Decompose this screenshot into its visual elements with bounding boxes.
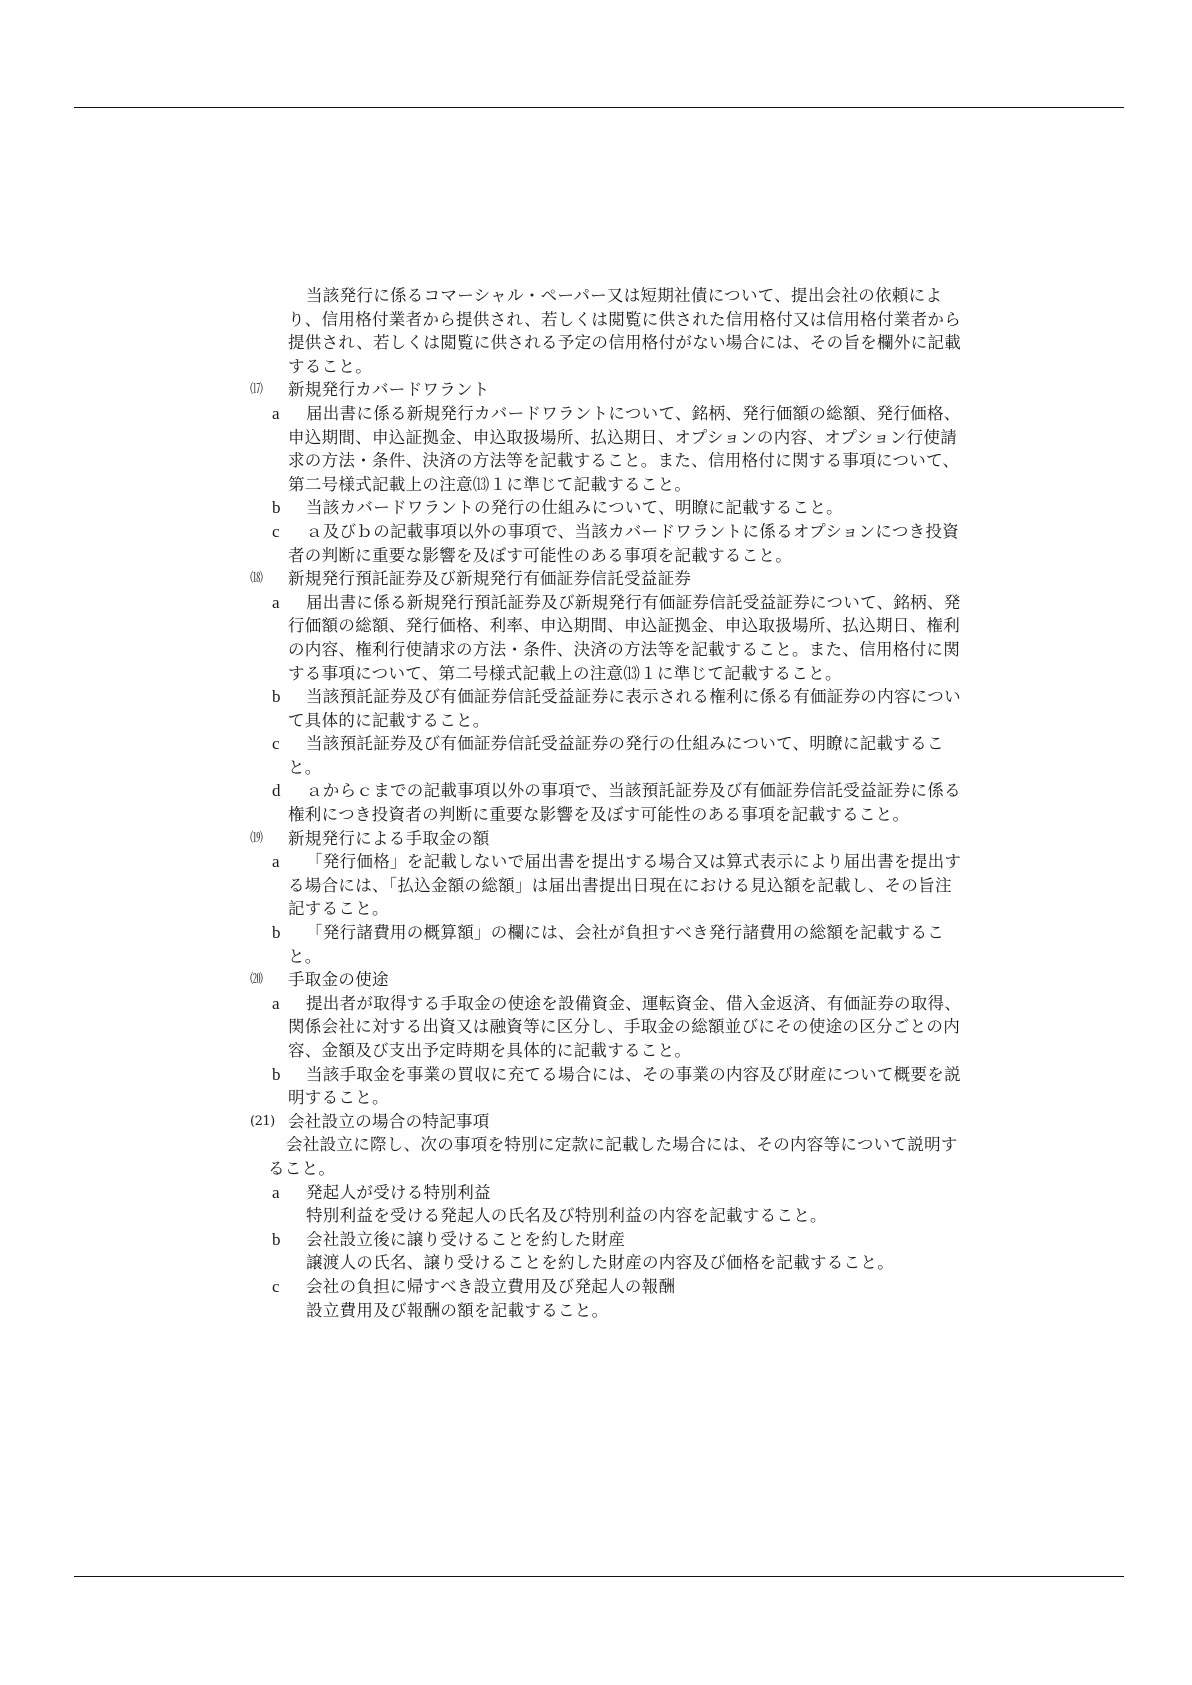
header-rule: [74, 107, 1124, 108]
section-number: (21): [250, 1110, 288, 1134]
list-item: a 提出者が取得する手取金の使途を設備資金、運転資金、借入金返済、有価証券の取得…: [250, 992, 962, 1063]
item-letter: b: [272, 1228, 288, 1252]
list-item: b 当該預託証券及び有価証券信託受益証券に表示される権利に係る有価証券の内容につ…: [250, 685, 962, 732]
item-text: 届出書に係る新規発行カバードワラントについて、銘柄、発行価額の総額、発行価格、申…: [288, 402, 962, 496]
item-heading: 会社の負担に帰すべき設立費用及び発起人の報酬: [288, 1275, 962, 1299]
section-body: 会社設立に際し、次の事項を特別に定款に記載した場合には、その内容等について説明す…: [250, 1133, 962, 1180]
item-letter: a: [272, 850, 288, 921]
list-item: c 当該預託証券及び有価証券信託受益証券の発行の仕組みについて、明瞭に記載するこ…: [250, 732, 962, 779]
list-item: a 「発行価格」を記載しないで届出書を提出する場合又は算式表示により届出書を提出…: [250, 850, 962, 921]
item-text: 「発行価格」を記載しないで届出書を提出する場合又は算式表示により届出書を提出する…: [288, 850, 962, 921]
section-20-heading: ⒇ 手取金の使途: [250, 968, 962, 992]
list-item: b 「発行諸費用の概算額」の欄には、会社が負担すべき発行諸費用の総額を記載するこ…: [250, 921, 962, 968]
section-19-heading: ⒆ 新規発行による手取金の額: [250, 827, 962, 851]
section-number: ⒅: [250, 567, 288, 591]
list-item: c 会社の負担に帰すべき設立費用及び発起人の報酬: [250, 1275, 962, 1299]
list-item: b 会社設立後に譲り受けることを約した財産: [250, 1228, 962, 1252]
item-description: 特別利益を受ける発起人の氏名及び特別利益の内容を記載すること。: [250, 1204, 962, 1228]
item-letter: d: [272, 779, 288, 826]
item-letter: b: [272, 685, 288, 732]
item-letter: a: [272, 1181, 288, 1205]
section-title: 新規発行預託証券及び新規発行有価証券信託受益証券: [288, 567, 962, 591]
section-number: ⒄: [250, 378, 288, 402]
item-text: 提出者が取得する手取金の使途を設備資金、運転資金、借入金返済、有価証券の取得、関…: [288, 992, 962, 1063]
item-letter: c: [272, 520, 288, 567]
list-item: c ａ及びｂの記載事項以外の事項で、当該カバードワラントに係るオプションにつき投…: [250, 520, 962, 567]
section-title: 手取金の使途: [288, 968, 962, 992]
item-text: 当該手取金を事業の買収に充てる場合には、その事業の内容及び財産について概要を説明…: [288, 1063, 962, 1110]
section-17-heading: ⒄ 新規発行カバードワラント: [250, 378, 962, 402]
item-description: 設立費用及び報酬の額を記載すること。: [250, 1299, 962, 1323]
item-text: ａからｃまでの記載事項以外の事項で、当該預託証券及び有価証券信託受益証券に係る権…: [288, 779, 962, 826]
item-heading: 会社設立後に譲り受けることを約した財産: [288, 1228, 962, 1252]
section-title: 会社設立の場合の特記事項: [288, 1110, 962, 1134]
item-letter: b: [272, 1063, 288, 1110]
section-18-heading: ⒅ 新規発行預託証券及び新規発行有価証券信託受益証券: [250, 567, 962, 591]
item-text: 当該カバードワラントの発行の仕組みについて、明瞭に記載すること。: [288, 496, 962, 520]
item-description: 譲渡人の氏名、譲り受けることを約した財産の内容及び価格を記載すること。: [250, 1251, 962, 1275]
list-item: b 当該カバードワラントの発行の仕組みについて、明瞭に記載すること。: [250, 496, 962, 520]
list-item: b 当該手取金を事業の買収に充てる場合には、その事業の内容及び財産について概要を…: [250, 1063, 962, 1110]
list-item: a 届出書に係る新規発行カバードワラントについて、銘柄、発行価額の総額、発行価格…: [250, 402, 962, 496]
item-letter: c: [272, 732, 288, 779]
intro-paragraph: 当該発行に係るコマーシャル・ペーパー又は短期社債について、提出会社の依頼により、…: [250, 284, 962, 378]
section-title: 新規発行による手取金の額: [288, 827, 962, 851]
section-number: ⒆: [250, 827, 288, 851]
item-text: 当該預託証券及び有価証券信託受益証券に表示される権利に係る有価証券の内容について…: [288, 685, 962, 732]
item-text: 当該預託証券及び有価証券信託受益証券の発行の仕組みについて、明瞭に記載すること。: [288, 732, 962, 779]
section-number: ⒇: [250, 968, 288, 992]
item-letter: c: [272, 1275, 288, 1299]
item-letter: a: [272, 992, 288, 1063]
item-text: 「発行諸費用の概算額」の欄には、会社が負担すべき発行諸費用の総額を記載すること。: [288, 921, 962, 968]
document-body: 当該発行に係るコマーシャル・ペーパー又は短期社債について、提出会社の依頼により、…: [250, 284, 962, 1322]
item-letter: b: [272, 496, 288, 520]
list-item: a 発起人が受ける特別利益: [250, 1181, 962, 1205]
section-21-heading: (21) 会社設立の場合の特記事項: [250, 1110, 962, 1134]
item-heading: 発起人が受ける特別利益: [288, 1181, 962, 1205]
item-text: ａ及びｂの記載事項以外の事項で、当該カバードワラントに係るオプションにつき投資者…: [288, 520, 962, 567]
item-letter: a: [272, 402, 288, 496]
item-letter: a: [272, 591, 288, 685]
section-title: 新規発行カバードワラント: [288, 378, 962, 402]
list-item: a 届出書に係る新規発行預託証券及び新規発行有価証券信託受益証券について、銘柄、…: [250, 591, 962, 685]
item-letter: b: [272, 921, 288, 968]
list-item: d ａからｃまでの記載事項以外の事項で、当該預託証券及び有価証券信託受益証券に係…: [250, 779, 962, 826]
footer-rule: [74, 1576, 1124, 1577]
item-text: 届出書に係る新規発行預託証券及び新規発行有価証券信託受益証券について、銘柄、発行…: [288, 591, 962, 685]
